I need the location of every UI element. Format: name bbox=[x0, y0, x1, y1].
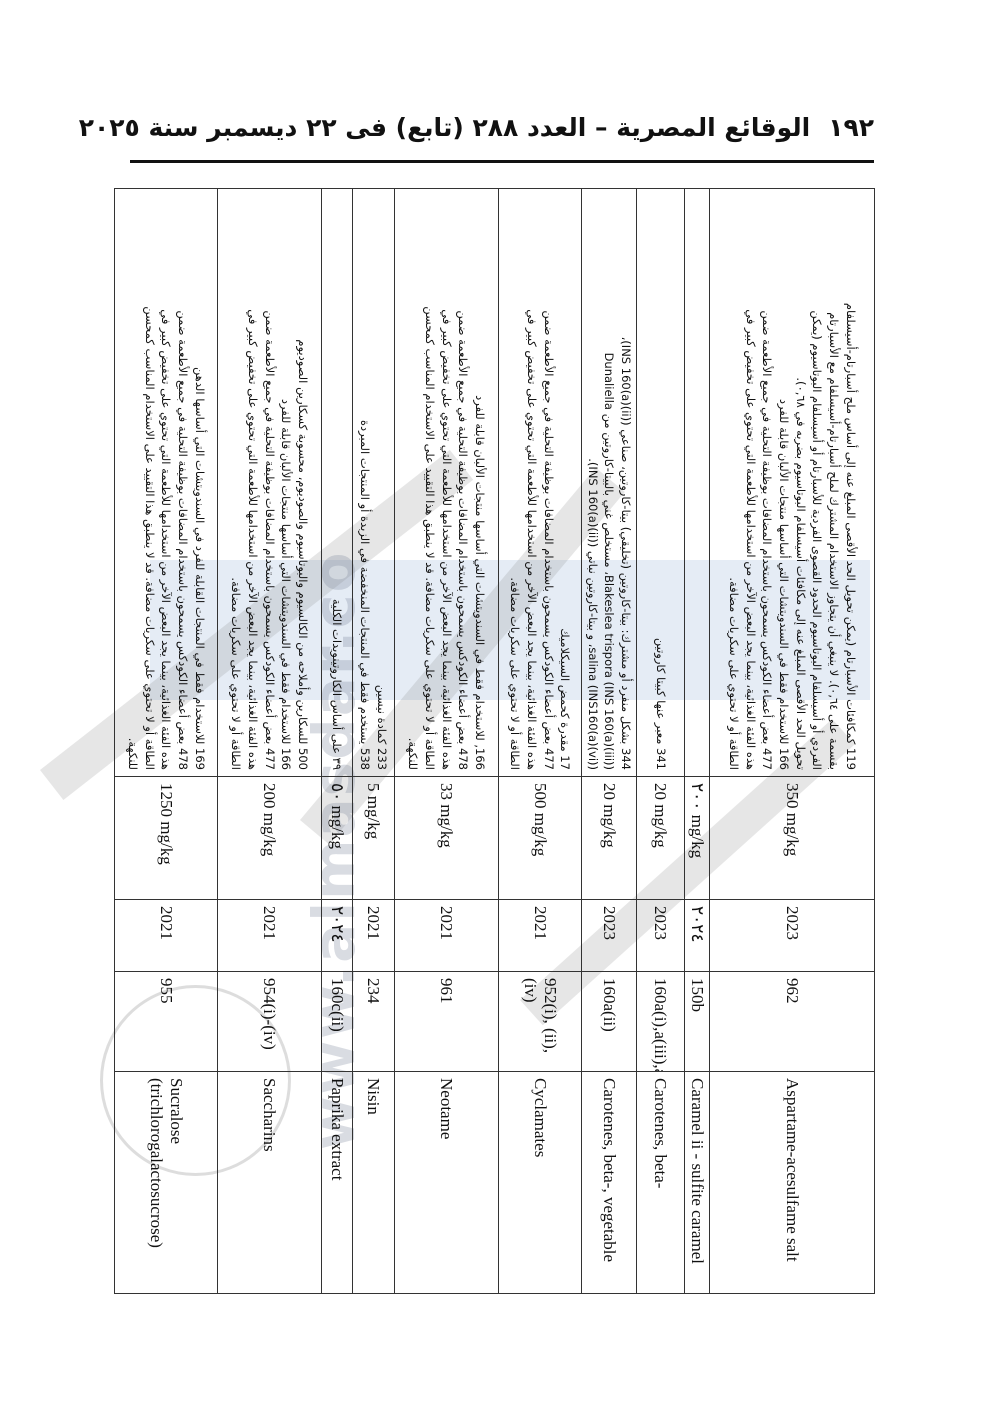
note-line: 478 بعض أعضاء الكودكس يسمحون باستخدام ال… bbox=[174, 195, 191, 770]
note-line: ٣٩ على أساس الكاروتينويدات الكلية bbox=[329, 195, 346, 770]
table-row: Carotenes, beta-, vegetable160a(ii)20232… bbox=[581, 189, 636, 1294]
year-adopted-cell: 2021 bbox=[114, 900, 217, 972]
max-level-cell: ٢٠٠ mg/kg bbox=[685, 777, 710, 900]
year-adopted-cell: 2021 bbox=[394, 900, 498, 972]
notes-cell: 233 كمادة نيسين538 يستخدم فقط في المنتجا… bbox=[352, 189, 394, 777]
note-line: 477 بعض أعضاء الكودكس يسمحون باستخدام ال… bbox=[540, 195, 557, 770]
note-line: salina (INS160(a)(vi))، و بيتا-كاروتين ن… bbox=[584, 195, 601, 770]
table-row: Aspartame-acesulfame salt9622023350 mg/k… bbox=[710, 189, 875, 1294]
year-adopted-cell: 2021 bbox=[498, 900, 581, 972]
additive-name-cell: Saccharins bbox=[217, 1072, 321, 1294]
note-line: الطاقة أو لا تحتوي على سكريات مضافة. bbox=[507, 195, 524, 770]
page-number: ١٩٢ bbox=[828, 113, 874, 142]
additive-name-cell: Neotame bbox=[394, 1072, 498, 1294]
note-line: 344 بشكل منفرد أو مشترك: بيتا-كاروتين (ت… bbox=[617, 195, 634, 770]
ins-number-cell: 234 bbox=[352, 972, 394, 1072]
ins-number-cell: 954(i)-(iv) bbox=[217, 972, 321, 1072]
note-line: هذه الفئة الغذائية، بينما يجد البعض الآخ… bbox=[523, 195, 540, 770]
table-row: Sucralose (trichlorogalactosucrose)95520… bbox=[114, 189, 217, 1294]
notes-cell: 119 كمكافئات الأسبارتام (يمكن تحويل الحد… bbox=[710, 189, 875, 777]
notes-cell: ٣٩ على أساس الكاروتينويدات الكلية bbox=[321, 189, 352, 777]
table-row: Paprika extract160c(ii)٢٠٢٤٥٠ mg/kg٣٩ عل… bbox=[321, 189, 352, 1294]
notes-cell: 344 بشكل منفرد أو مشترك: بيتا-كاروتين (ت… bbox=[581, 189, 636, 777]
gazette-title: الوقائع المصرية – العدد ٢٨٨ (تابع) فى ٢٢… bbox=[79, 113, 810, 142]
year-adopted-cell: ٢٠٢٤ bbox=[321, 900, 352, 972]
max-level-cell: 20 mg/kg bbox=[581, 777, 636, 900]
additive-name-cell: Carotenes, beta-, vegetable bbox=[581, 1072, 636, 1294]
additive-name-cell: Aspartame-acesulfame salt bbox=[710, 1072, 875, 1294]
note-line: للنكهة. bbox=[405, 195, 422, 770]
note-line: الطاقة أو لا تحتوي على سكريات مضافة. bbox=[725, 195, 742, 770]
ins-number-cell: 952(i), (ii), (iv) bbox=[498, 972, 581, 1072]
notes-cell: 169 للاستخدام فقط في المنتجات القابلة لل… bbox=[114, 189, 217, 777]
max-level-cell: 200 mg/kg bbox=[217, 777, 321, 900]
additives-table-container: Aspartame-acesulfame salt9622023350 mg/k… bbox=[134, 188, 875, 1293]
header-rule bbox=[130, 160, 874, 163]
additive-name-cell: Nisin bbox=[352, 1072, 394, 1294]
note-line: بقسمة على ٠,٦٤). لا ينبغي أن يتجاوز الاس… bbox=[825, 195, 842, 770]
note-line: 17 مقدرة كحمض السيكلاميك bbox=[557, 195, 574, 770]
max-level-cell: 33 mg/kg bbox=[394, 777, 498, 900]
note-line: 166 للاستخدام فقط في السندويتشات التي أس… bbox=[278, 195, 295, 770]
additive-name-cell: Carotenes, beta- bbox=[637, 1072, 685, 1294]
year-adopted-cell: 2023 bbox=[710, 900, 875, 972]
additives-table: Aspartame-acesulfame salt9622023350 mg/k… bbox=[114, 188, 875, 1294]
max-level-cell: 500 mg/kg bbox=[498, 777, 581, 900]
note-line: هذه الفئة الغذائية، بينما يجد البعض الآخ… bbox=[742, 195, 759, 770]
ins-number-cell: 160a(i),a(iii),a(iv) bbox=[637, 972, 685, 1072]
note-line: 169 للاستخدام فقط في المنتجات القابلة لل… bbox=[191, 195, 208, 770]
note-line: هذه الفئة الغذائية، بينما يجد البعض الآخ… bbox=[438, 195, 455, 770]
note-line: 477 بعض أعضاء الكودكس يسمحون باستخدام ال… bbox=[759, 195, 776, 770]
max-level-cell: 1250 mg/kg bbox=[114, 777, 217, 900]
table-row: Saccharins954(i)-(iv)2021200 mg/kg500 لل… bbox=[217, 189, 321, 1294]
note-line: الطاقة أو لا تحتوي على سكريات مضافة. bbox=[228, 195, 245, 770]
year-adopted-cell: 2023 bbox=[581, 900, 636, 972]
note-line: 538 يستخدم فقط في المنتجات المنخفضة في ا… bbox=[357, 195, 374, 770]
page-header: ١٩٢الوقائع المصرية – العدد ٢٨٨ (تابع) فى… bbox=[130, 108, 874, 148]
note-line: 119 كمكافئات الأسبارتام (يمكن تحويل الحد… bbox=[842, 195, 859, 770]
note-line: هذه الفئة الغذائية، بينما يجد البعض الآخ… bbox=[244, 195, 261, 770]
note-line: 478 بعض أعضاء الكودكس يسمحون باستخدام ال… bbox=[455, 195, 472, 770]
note-line: تحويل الحد الأقصى المبلغ عنه إلى مكافئات… bbox=[792, 195, 809, 770]
table-row: Carotenes, beta-160a(i),a(iii),a(iv)2023… bbox=[637, 189, 685, 1294]
note-line: 166, للاستخدام فقط في السندويتشات التي أ… bbox=[472, 195, 489, 770]
note-line: الفردي أو أسيسلفام البوتاسيوم الحدود الق… bbox=[809, 195, 826, 770]
year-adopted-cell: 2023 bbox=[637, 900, 685, 972]
notes-cell: 341 معبر عنها كبيتا كاروتين bbox=[637, 189, 685, 777]
note-line: 166 للاستخدام فقط في السندويتشات التي أس… bbox=[775, 195, 792, 770]
max-level-cell: 350 mg/kg bbox=[710, 777, 875, 900]
table-row: Caramel ii - sulfite caramel150b٢٠٢٤٢٠٠ … bbox=[685, 189, 710, 1294]
year-adopted-cell: 2021 bbox=[352, 900, 394, 972]
notes-cell: 166, للاستخدام فقط في السندويتشات التي أ… bbox=[394, 189, 498, 777]
table-row: Cyclamates952(i), (ii), (iv)2021500 mg/k… bbox=[498, 189, 581, 1294]
note-line: 500 للسكارين وأملاحه من الكالسيوم والبوت… bbox=[295, 195, 312, 770]
notes-cell bbox=[685, 189, 710, 777]
ins-number-cell: 160c(ii) bbox=[321, 972, 352, 1072]
note-line: 477 بعض أعضاء الكودكس يسمحون باستخدام ال… bbox=[261, 195, 278, 770]
additive-name-cell: Cyclamates bbox=[498, 1072, 581, 1294]
max-level-cell: 20 mg/kg bbox=[637, 777, 685, 900]
ins-number-cell: 961 bbox=[394, 972, 498, 1072]
year-adopted-cell: 2021 bbox=[217, 900, 321, 972]
ins-number-cell: 962 bbox=[710, 972, 875, 1072]
note-line: 341 معبر عنها كبيتا كاروتين bbox=[652, 195, 669, 770]
additive-name-cell: Caramel ii - sulfite caramel bbox=[685, 1072, 710, 1294]
ins-number-cell: 955 bbox=[114, 972, 217, 1072]
note-line: 233 كمادة نيسين bbox=[373, 195, 390, 770]
max-level-cell: ٥٠ mg/kg bbox=[321, 777, 352, 900]
ins-number-cell: 160a(ii) bbox=[581, 972, 636, 1072]
note-line: للنكهة. bbox=[124, 195, 141, 770]
notes-cell: 500 للسكارين وأملاحه من الكالسيوم والبوت… bbox=[217, 189, 321, 777]
note-line: الطاقة أو لا تحتوي على سكريات مضافة. قد … bbox=[141, 195, 158, 770]
table-row: Neotame961202133 mg/kg166, للاستخدام فقط… bbox=[394, 189, 498, 1294]
table-row: Nisin23420215 mg/kg233 كمادة نيسين538 يس… bbox=[352, 189, 394, 1294]
year-adopted-cell: ٢٠٢٤ bbox=[685, 900, 710, 972]
max-level-cell: 5 mg/kg bbox=[352, 777, 394, 900]
note-line: Blakeslea trispora (INS 160(a)(iii))، مس… bbox=[601, 195, 618, 770]
note-line: هذه الفئة الغذائية، بينما يجد البعض الآخ… bbox=[158, 195, 175, 770]
note-line: الطاقة أو لا تحتوي على سكريات مضافة. قد … bbox=[421, 195, 438, 770]
notes-cell: 17 مقدرة كحمض السيكلاميك477 بعض أعضاء ال… bbox=[498, 189, 581, 777]
additive-name-cell: Sucralose (trichlorogalactosucrose) bbox=[114, 1072, 217, 1294]
ins-number-cell: 150b bbox=[685, 972, 710, 1072]
additive-name-cell: Paprika extract bbox=[321, 1072, 352, 1294]
